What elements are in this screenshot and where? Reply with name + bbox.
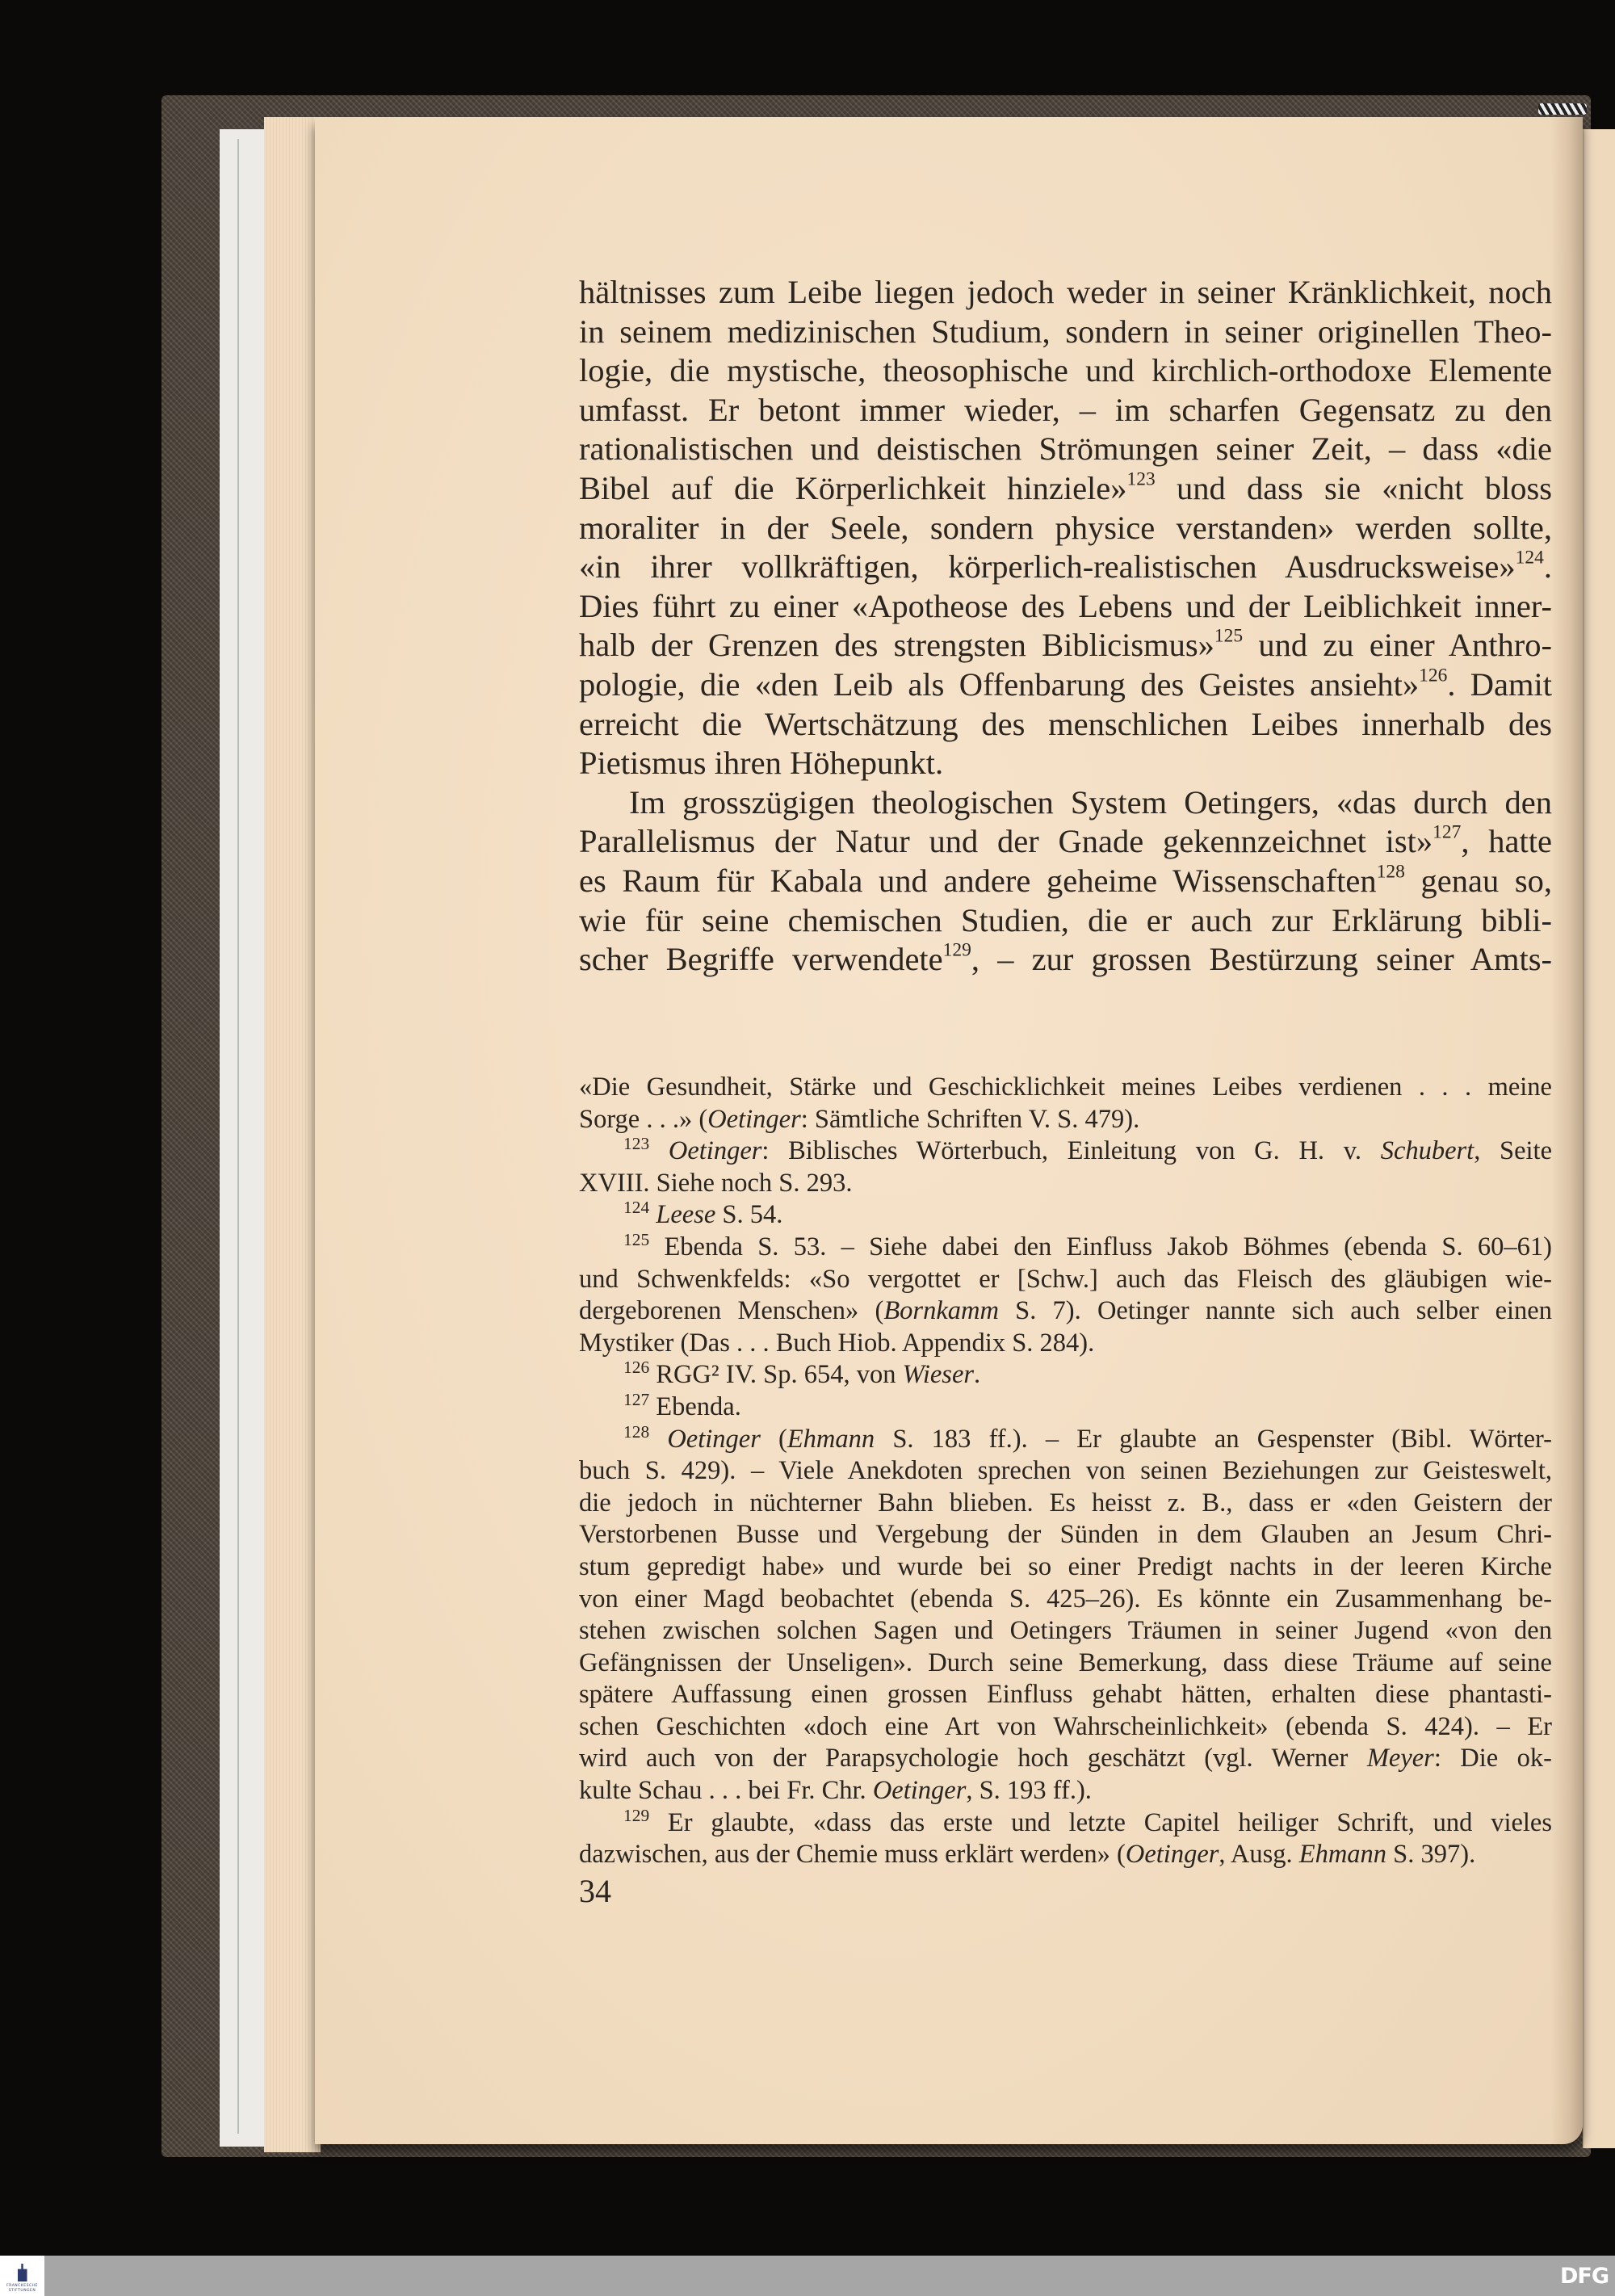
footnote-number: 129 xyxy=(623,1806,649,1825)
flyleaf-crease xyxy=(237,139,239,2134)
footnote-text: Oetinger (Ehmann S. 183 ff.). – Er glaub… xyxy=(667,1425,1552,1454)
page-edges xyxy=(264,117,321,2152)
body-line: Parallelismus der Natur und der Gnade ge… xyxy=(579,822,1552,862)
body-text-segment: , – zur grossen Bestürzung seiner Amts- xyxy=(971,941,1552,977)
dfg-logo-icon[interactable]: DFG xyxy=(1560,2264,1609,2289)
franckesche-stiftungen-logo-icon[interactable]: FRANCKESCHESTIFTUNGEN xyxy=(0,2256,44,2296)
footnote-text: Leese S. 54. xyxy=(656,1200,782,1229)
body-text-segment: «in ihrer vollkräftigen, körperlich-real… xyxy=(579,548,1516,585)
footnote-line: stum gepredigt habe» und wurde bei so ei… xyxy=(579,1551,1552,1584)
logo-caption-line: STIFTUNGEN xyxy=(9,2289,36,2293)
footnote-ref-124: 124 xyxy=(1516,548,1544,569)
footnote-number: 127 xyxy=(623,1390,649,1409)
footnote-number: 124 xyxy=(623,1198,649,1218)
footnote-124: 124 Leese S. 54. xyxy=(579,1199,1552,1232)
body-text-segment: scher Begriffe verwendete xyxy=(579,941,943,977)
body-line: Bibel auf die Körperlichkeit hinziele»12… xyxy=(579,469,1552,509)
footnote-line: die jedoch in nüchterner Bahn blieben. E… xyxy=(579,1488,1552,1520)
footnote-number: 123 xyxy=(623,1134,649,1153)
body-line: Pietismus ihren Höhepunkt. xyxy=(579,744,1552,783)
body-text: hältnisses zum Leibe liegen jedoch weder… xyxy=(579,273,1552,980)
footnote-line: dergeborenen Menschen» (Bornkamm S. 7). … xyxy=(579,1295,1552,1328)
body-line: umfasst. Er betont immer wieder, – im sc… xyxy=(579,391,1552,430)
footnote-line: schen Geschichten «doch eine Art von Wah… xyxy=(579,1711,1552,1744)
footnote-text: Er glaubte, «dass das erste und letzte C… xyxy=(668,1808,1552,1837)
footnote-line: XVIII. Siehe noch S. 293. xyxy=(579,1168,1552,1200)
footnote-ref-129: 129 xyxy=(943,939,971,960)
body-line: Dies führt zu einer «Apotheose des Leben… xyxy=(579,587,1552,627)
footnote-line: Mystiker (Das . . . Buch Hiob. Appendix … xyxy=(579,1328,1552,1360)
body-line: rationalistischen und deistischen Strömu… xyxy=(579,430,1552,469)
footnote-129: 129 Er glaubte, «dass das erste und letz… xyxy=(579,1807,1552,1840)
bookmark-ribbon xyxy=(1538,103,1587,115)
footnote-number: 126 xyxy=(623,1358,649,1378)
body-text-segment: . xyxy=(1544,548,1552,585)
body-line: es Raum für Kabala und andere geheime Wi… xyxy=(579,862,1552,901)
logo-figure-icon xyxy=(18,2264,27,2281)
viewer-bottom-bar: FRANCKESCHESTIFTUNGEN DFG xyxy=(0,2256,1615,2296)
footnote-127: 127 Ebenda. xyxy=(579,1391,1552,1424)
footnote-123: 123 Oetinger: Biblisches Wörterbuch, Ein… xyxy=(579,1135,1552,1168)
body-line: moraliter in der Seele, sondern physice … xyxy=(579,509,1552,548)
body-text-segment: halb der Grenzen des strengsten Biblicis… xyxy=(579,627,1214,663)
footnote-continuation-line: «Die Gesundheit, Stärke und Geschicklich… xyxy=(579,1072,1552,1104)
footnote-text: Ebenda S. 53. – Siehe dabei den Einfluss… xyxy=(664,1232,1552,1261)
body-text-segment: Bibel auf die Körperlichkeit hinziele» xyxy=(579,470,1127,506)
footnote-126: 126 RGG² IV. Sp. 654, von Wieser. xyxy=(579,1359,1552,1391)
body-line-paragraph-start: Im grosszügigen theologischen System Oet… xyxy=(579,783,1552,823)
next-page-edge xyxy=(1583,129,1615,2148)
body-line: wie für seine chemischen Studien, die er… xyxy=(579,901,1552,941)
body-line: in seinem medizinischen Studium, sondern… xyxy=(579,313,1552,352)
body-line: «in ihrer vollkräftigen, körperlich-real… xyxy=(579,548,1552,587)
footnote-ref-127: 127 xyxy=(1433,822,1461,843)
body-text-segment: und zu einer Anthro- xyxy=(1243,627,1552,663)
footnote-line: wird auch von der Parapsychologie hoch g… xyxy=(579,1743,1552,1775)
footnote-line: stehen zwischen solchen Sagen und Oeting… xyxy=(579,1615,1552,1647)
footnote-line: spätere Auffassung einen grossen Einflus… xyxy=(579,1679,1552,1711)
footnote-text: Ebenda. xyxy=(656,1392,741,1421)
body-line: logie, die mystische, theosophische und … xyxy=(579,351,1552,391)
body-line: hältnisses zum Leibe liegen jedoch weder… xyxy=(579,273,1552,313)
logo-caption-line: FRANCKESCHE xyxy=(6,2284,38,2288)
footnote-ref-123: 123 xyxy=(1127,468,1156,489)
footnote-128: 128 Oetinger (Ehmann S. 183 ff.). – Er g… xyxy=(579,1424,1552,1456)
footnotes: «Die Gesundheit, Stärke und Geschicklich… xyxy=(579,1072,1552,1871)
body-text-segment: Parallelismus der Natur und der Gnade ge… xyxy=(579,823,1433,859)
page-gutter-shadow xyxy=(1550,117,1583,2144)
footnote-line: von einer Magd beobachtet (ebenda S. 425… xyxy=(579,1584,1552,1616)
body-line: pologie, die «den Leib als Offenbarung d… xyxy=(579,665,1552,705)
footnote-line: Verstorbenen Busse und Vergebung der Sün… xyxy=(579,1519,1552,1551)
body-text-segment: . Damit xyxy=(1447,666,1552,703)
footnote-line: kulte Schau . . . bei Fr. Chr. Oetinger,… xyxy=(579,1775,1552,1807)
body-line: erreicht die Wertschätzung des menschlic… xyxy=(579,705,1552,745)
footnote-line: und Schwenkfelds: «So vergottet er [Schw… xyxy=(579,1264,1552,1296)
footnote-text: RGG² IV. Sp. 654, von Wieser. xyxy=(656,1360,980,1389)
body-text-segment: genau so, xyxy=(1405,863,1552,899)
body-text-segment: pologie, die «den Leib als Offenbarung d… xyxy=(579,666,1419,703)
footnote-continuation-line: Sorge . . .» (Oetinger: Sämtliche Schrif… xyxy=(579,1104,1552,1136)
footnote-125: 125 Ebenda S. 53. – Siehe dabei den Einf… xyxy=(579,1232,1552,1264)
body-text-segment: und dass sie «nicht bloss xyxy=(1156,470,1552,506)
footnote-number: 125 xyxy=(623,1230,649,1249)
page-number: 34 xyxy=(579,1872,611,1910)
footnote-ref-125: 125 xyxy=(1214,626,1243,647)
footnote-text: Oetinger: Biblisches Wörterbuch, Einleit… xyxy=(669,1136,1552,1165)
logo-caption: FRANCKESCHESTIFTUNGEN xyxy=(6,2284,38,2294)
footnote-number: 128 xyxy=(623,1422,649,1442)
flyleaf xyxy=(220,129,265,2147)
footnote-line: buch S. 429). – Viele Anekdoten sprechen… xyxy=(579,1455,1552,1488)
footnote-line: dazwischen, aus der Chemie muss erklärt … xyxy=(579,1839,1552,1871)
footnote-line: Gefängnissen der Unseligen». Durch seine… xyxy=(579,1647,1552,1680)
footnote-ref-128: 128 xyxy=(1377,861,1405,882)
body-line: halb der Grenzen des strengsten Biblicis… xyxy=(579,626,1552,665)
body-text-segment: , hatte xyxy=(1461,823,1552,859)
footnote-ref-126: 126 xyxy=(1419,665,1447,686)
body-text-segment: es Raum für Kabala und andere geheime Wi… xyxy=(579,863,1377,899)
body-line: scher Begriffe verwendete129, – zur gros… xyxy=(579,940,1552,980)
